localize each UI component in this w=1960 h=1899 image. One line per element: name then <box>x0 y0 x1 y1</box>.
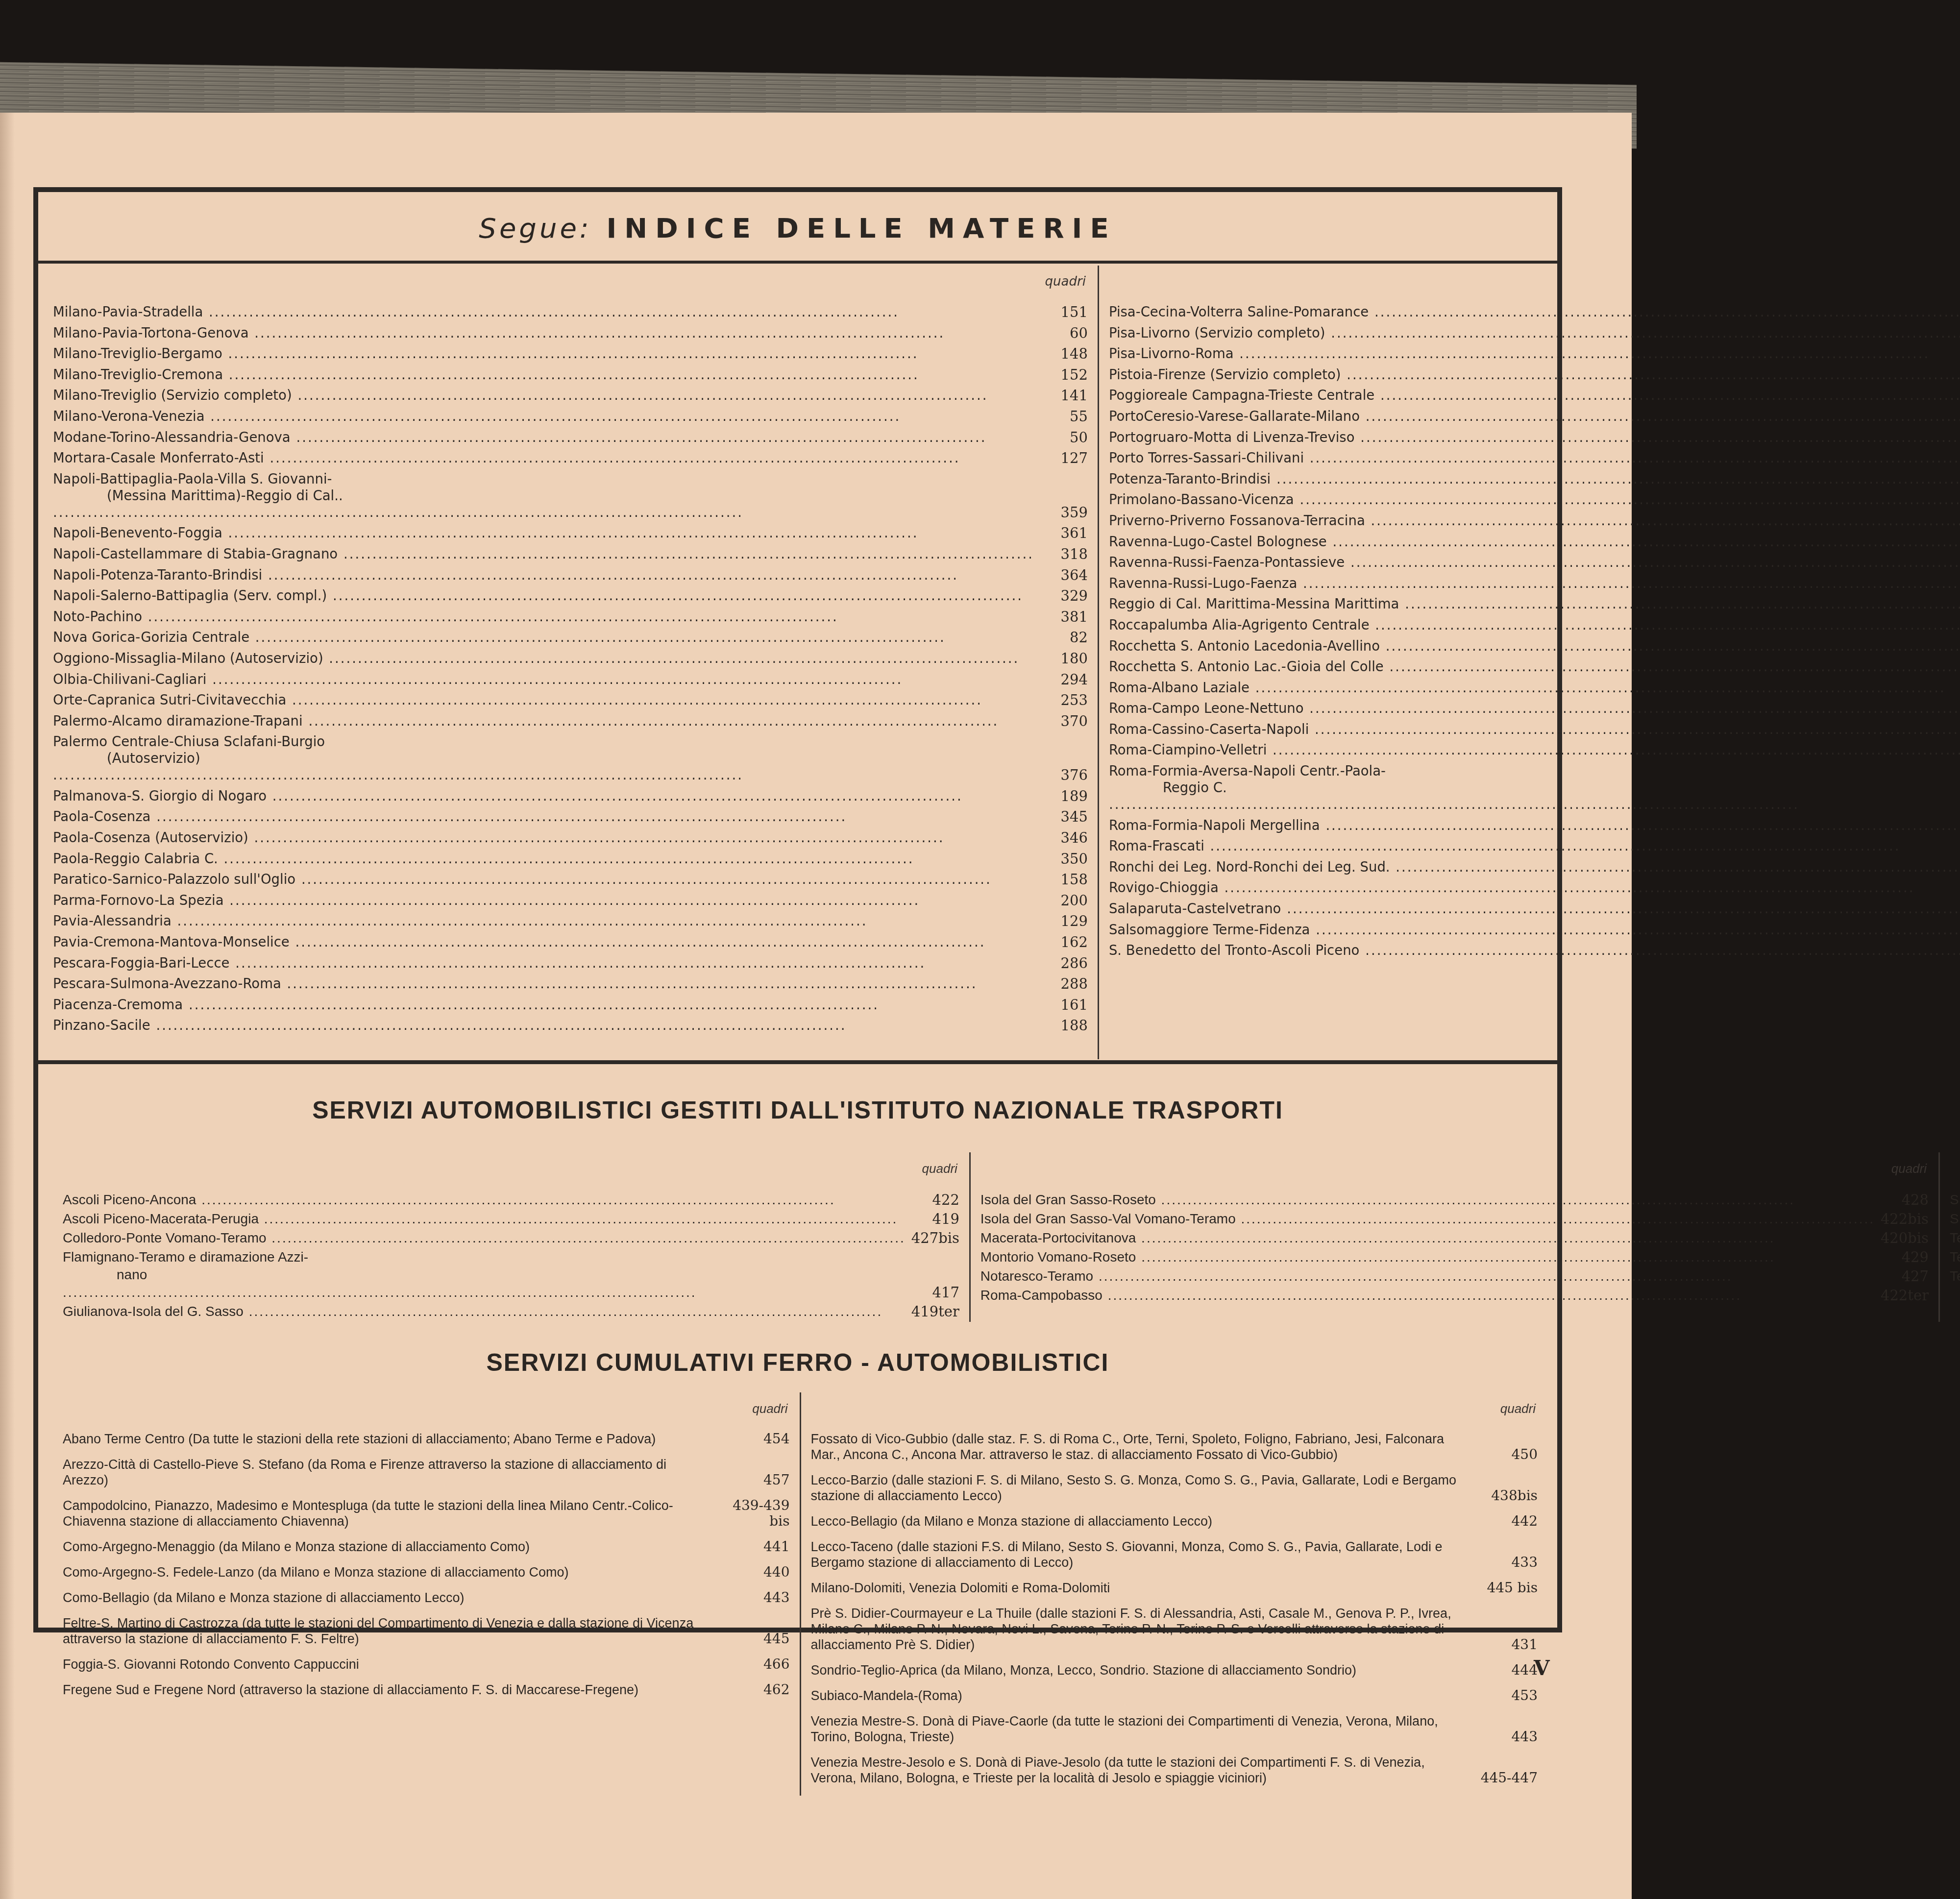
entry-route-name: Portogruaro-Motta di Livenza-Treviso <box>1109 429 1960 446</box>
entry-quadri-number: 422 <box>906 1191 959 1209</box>
entry-quadri-number: 454 <box>711 1431 790 1447</box>
entry-route-name: Isola del Gran Sasso-Roseto <box>980 1191 1875 1209</box>
index-entry: Orte-Capranica Sutri-Civitavecchia253 <box>53 692 1088 708</box>
entry-route-continuation: Reggio C. <box>1109 779 1960 796</box>
index-column: quadriAbano Terme Centro (Da tutte le st… <box>53 1392 801 1796</box>
entry-route-name: Paola-Reggio Calabria C. <box>53 851 1034 867</box>
entry-route-name: Roma-Albano Laziale <box>1109 680 1960 696</box>
index-entry: Isola del Gran Sasso-Val Vomano-Teramo42… <box>980 1210 1929 1228</box>
entry-route-text: Pescara-Foggia-Bari-Lecce <box>53 955 229 971</box>
entry-route-name: Orte-Capranica Sutri-Civitavecchia <box>53 692 1034 708</box>
entry-route-text: Milano-Dolomiti, Venezia Dolomiti e Roma… <box>811 1581 1110 1595</box>
index-entry: Campodolcino, Pianazzo, Madesimo e Monte… <box>63 1498 790 1529</box>
index-entry: Paratico-Sarnico-Palazzolo sull'Oglio158 <box>53 871 1088 888</box>
entry-route-name: Milano-Treviglio (Servizio completo) <box>53 387 1034 404</box>
entry-quadri-number: 359 <box>1034 504 1088 521</box>
entry-route-text: PortoCeresio-Varese-Gallarate-Milano <box>1109 409 1360 424</box>
entry-route-name: Potenza-Taranto-Brindisi <box>1109 471 1960 487</box>
entry-route-name: Porto Torres-Sassari-Chilivani <box>1109 450 1960 466</box>
index-entry: Salsomaggiore Terme-Fidenza156 <box>1109 922 1960 938</box>
index-entry: Roma-Formia-Napoli Mergellina359 <box>1109 817 1960 834</box>
entry-quadri-number: 445 <box>711 1631 790 1647</box>
entry-quadri-number: 162 <box>1034 934 1088 950</box>
entry-route-name: Montorio Vomano-Roseto <box>980 1248 1875 1266</box>
entry-quadri-number: 445-447 <box>1459 1770 1538 1786</box>
entry-quadri-number: 364 <box>1034 567 1088 584</box>
entry-route-name: S. Giorgio-Altavilla-Montorio-Teramo <box>1950 1210 1960 1228</box>
entry-route-name: Notaresco-Teramo <box>980 1267 1875 1285</box>
index-entry: Priverno-Priverno Fossanova-Terracina305 <box>1109 512 1960 529</box>
entry-route-text: Milano-Pavia-Tortona-Genova <box>53 325 249 341</box>
entry-route-text: Reggio di Cal. Marittima-Messina Maritti… <box>1109 596 1399 612</box>
entry-route-name: Lecco-Bellagio (da Milano e Monza stazio… <box>811 1513 1460 1529</box>
entry-route-text: Sondrio-Teglio-Aprica (da Milano, Monza,… <box>811 1663 1357 1678</box>
index-entry: PortoCeresio-Varese-Gallarate-Milano144 <box>1109 408 1960 425</box>
entry-route-text: Colledoro-Ponte Vomano-Teramo <box>63 1230 267 1245</box>
entry-quadri-number: 370 <box>1034 713 1088 730</box>
index-entry: Napoli-Castellammare di Stabia-Gragnano3… <box>53 546 1088 562</box>
index-entry: Pavia-Alessandria129 <box>53 913 1088 929</box>
entry-route-text: Salsomaggiore Terme-Fidenza <box>1109 922 1310 938</box>
entry-route-name: Venezia Mestre-S. Donà di Piave-Caorle (… <box>811 1713 1460 1745</box>
entry-quadri-number: 445 bis <box>1459 1580 1538 1596</box>
entry-quadri-number: 428 <box>1875 1191 1929 1209</box>
index-entry: Giulianova-Isola del G. Sasso419ter <box>63 1303 959 1320</box>
entry-quadri-number: 417 <box>906 1284 959 1301</box>
entry-quadri-number: 431 <box>1459 1637 1538 1653</box>
entry-route-text: S. Giorgio-Altavilla-Montorio-Teramo <box>1950 1211 1960 1226</box>
entry-route-text: Paola-Cosenza <box>53 809 150 825</box>
entry-route-text: Pisa-Livorno-Roma <box>1109 346 1234 362</box>
index-entry: Como-Argegno-Menaggio (da Milano e Monza… <box>63 1539 790 1555</box>
entry-route-text: Salaparuta-Castelvetrano <box>1109 901 1281 917</box>
index-entry: Venezia Mestre-S. Donà di Piave-Caorle (… <box>811 1713 1538 1745</box>
entry-quadri-number: 152 <box>1034 366 1088 383</box>
index-entry: Noto-Pachino381 <box>53 609 1088 625</box>
index-entry: Poggioreale Campagna-Trieste Centrale80 <box>1109 387 1960 404</box>
entry-route-text: Roma-Formia-Aversa-Napoli Centr.-Paola- <box>1109 763 1386 779</box>
page-title: Segue: INDICE DELLE MATERIE <box>38 213 1557 252</box>
entry-route-text: Montorio Vomano-Roseto <box>980 1249 1136 1265</box>
entry-route-text: Notaresco-Teramo <box>980 1268 1093 1284</box>
index-entry: Paola-Cosenza (Autoservizio)346 <box>53 829 1088 846</box>
index-entry: Piacenza-Cremoma161 <box>53 997 1088 1013</box>
entry-route-name: Giulianova-Isola del G. Sasso <box>63 1303 906 1320</box>
entry-route-text: Roma-Ciampino-Velletri <box>1109 742 1267 758</box>
entry-quadri-number: 376 <box>1034 767 1088 783</box>
entry-route-text: Ravenna-Russi-Faenza-Pontassieve <box>1109 555 1345 570</box>
index-entry: Arezzo-Città di Castello-Pieve S. Stefan… <box>63 1457 790 1488</box>
entry-quadri-number: 127 <box>1034 450 1088 466</box>
entry-route-name: Macerata-Portocivitanova <box>980 1229 1875 1247</box>
quadri-column-header: quadri <box>63 1392 790 1431</box>
entry-quadri-number: 189 <box>1034 788 1088 804</box>
index-entry: Porto Torres-Sassari-Chilivani295 <box>1109 450 1960 466</box>
index-entry: Roma-Formia-Aversa-Napoli Centr.-Paola-R… <box>1109 763 1960 813</box>
index-entry: Pisa-Cecina-Volterra Saline-Pomarance225 <box>1109 304 1960 320</box>
quadri-column-header: quadri <box>980 1152 1929 1191</box>
entry-quadri-number: 148 <box>1034 345 1088 362</box>
entry-quadri-number: 438bis <box>1459 1488 1538 1504</box>
entry-route-text: Teramo-Montorio-Castelli <box>1950 1268 1960 1284</box>
index-entry: Como-Argegno-S. Fedele-Lanzo (da Milano … <box>63 1564 790 1580</box>
index-entry: Lecco-Taceno (dalle stazioni F.S. di Mil… <box>811 1539 1538 1570</box>
index-entry: Notaresco-Teramo427 <box>980 1267 1929 1285</box>
entry-route-text: Milano-Verona-Venezia <box>53 409 205 424</box>
index-entry: Milano-Treviglio-Bergamo148 <box>53 345 1088 362</box>
index-entry: Milano-Dolomiti, Venezia Dolomiti e Roma… <box>811 1580 1538 1596</box>
entry-quadri-number: 350 <box>1034 851 1088 867</box>
entry-quadri-number: 253 <box>1034 692 1088 708</box>
entry-route-name: Roma-Campo Leone-Nettuno <box>1109 700 1960 717</box>
entry-route-text: Ravenna-Lugo-Castel Bolognese <box>1109 534 1327 550</box>
entry-route-text: Palermo-Alcamo diramazione-Trapani <box>53 713 303 729</box>
entry-quadri-number: 443 <box>711 1590 790 1606</box>
index-column: quadriIsola del Gran Sasso-Roseto428Isol… <box>971 1152 1940 1322</box>
entry-route-text: Flamignano-Teramo e diramazione Azzi- <box>63 1249 308 1265</box>
int-section-columns: quadriAscoli Piceno-Ancona422Ascoli Pice… <box>53 1152 1547 1322</box>
index-entry: Nova Gorica-Gorizia Centrale82 <box>53 629 1088 646</box>
entry-route-text: Napoli-Salerno-Battipaglia (Serv. compl.… <box>53 588 327 604</box>
entry-route-name: Palermo Centrale-Chiusa Sclafani-Burgio(… <box>53 733 1034 783</box>
entry-route-name: Nova Gorica-Gorizia Centrale <box>53 629 1034 646</box>
index-entry: Primolano-Bassano-Vicenza171 <box>1109 491 1960 508</box>
index-entry: Teramo-Ascoli Piceno e diramazioni424 <box>1950 1229 1960 1247</box>
entry-quadri-number: 345 <box>1034 808 1088 825</box>
entry-quadri-number: 129 <box>1034 913 1088 929</box>
entry-quadri-number: 442 <box>1459 1513 1538 1529</box>
entry-route-text: Teramo-Bisenti-Arsita <box>1950 1249 1960 1265</box>
index-entry: Potenza-Taranto-Brindisi364 <box>1109 471 1960 487</box>
entry-route-text: Ascoli Piceno-Ancona <box>63 1192 196 1207</box>
entry-route-text: Campodolcino, Pianazzo, Madesimo e Monte… <box>63 1498 673 1529</box>
entry-quadri-number: 294 <box>1034 671 1088 688</box>
index-entry: Olbia-Chilivani-Cagliari294 <box>53 671 1088 688</box>
index-entry: Portogruaro-Motta di Livenza-Treviso184 <box>1109 429 1960 446</box>
entry-route-text: Paratico-Sarnico-Palazzolo sull'Oglio <box>53 872 295 887</box>
entry-route-name: Ravenna-Russi-Lugo-Faenza <box>1109 575 1960 592</box>
entry-route-name: Como-Argegno-S. Fedele-Lanzo (da Milano … <box>63 1564 711 1580</box>
entry-route-name: Lecco-Taceno (dalle stazioni F.S. di Mil… <box>811 1539 1460 1570</box>
index-entry: Milano-Verona-Venezia55 <box>53 408 1088 425</box>
entry-route-text: Pisa-Cecina-Volterra Saline-Pomarance <box>1109 304 1369 320</box>
index-entry: Roma-Frascati301 <box>1109 838 1960 854</box>
index-entry: Pinzano-Sacile188 <box>53 1017 1088 1034</box>
entry-route-name: Napoli-Battipaglia-Paola-Villa S. Giovan… <box>53 471 1034 521</box>
entry-quadri-number: 440 <box>711 1564 790 1580</box>
entry-route-name: Roma-Ciampino-Velletri <box>1109 742 1960 758</box>
index-entry: Venezia Mestre-Jesolo e S. Donà di Piave… <box>811 1754 1538 1786</box>
entry-route-text: Foggia-S. Giovanni Rotondo Convento Capp… <box>63 1657 359 1672</box>
entry-route-text: Milano-Pavia-Stradella <box>53 304 203 320</box>
entry-quadri-number: 381 <box>1034 609 1088 625</box>
entry-route-text: Lecco-Barzio (dalle stazioni F. S. di Mi… <box>811 1473 1457 1503</box>
entry-route-text: Macerata-Portocivitanova <box>980 1230 1136 1245</box>
entry-route-name: S. Benedetto del Tronto-Porto Civitanova <box>1950 1191 1960 1209</box>
entry-route-name: Piacenza-Cremoma <box>53 997 1034 1013</box>
entry-route-text: Roma-Campobasso <box>980 1288 1102 1303</box>
entry-route-text: Lecco-Bellagio (da Milano e Monza stazio… <box>811 1514 1212 1529</box>
entry-route-text: Ascoli Piceno-Macerata-Perugia <box>63 1211 259 1226</box>
entry-route-name: Venezia Mestre-Jesolo e S. Donà di Piave… <box>811 1754 1460 1786</box>
entry-route-text: Fregene Sud e Fregene Nord (attraverso l… <box>63 1682 638 1697</box>
index-entry: Roma-Cassino-Caserta-Napoli360 <box>1109 721 1960 738</box>
entry-route-name: Palermo-Alcamo diramazione-Trapani <box>53 713 1034 730</box>
entry-route-name: Napoli-Potenza-Taranto-Brindisi <box>53 567 1034 584</box>
entry-route-name: Milano-Pavia-Stradella <box>53 304 1034 320</box>
entry-route-name: Arezzo-Città di Castello-Pieve S. Stefan… <box>63 1457 711 1488</box>
entry-route-text: Pisa-Livorno (Servizio completo) <box>1109 325 1325 341</box>
entry-quadri-number: 200 <box>1034 892 1088 909</box>
entry-route-text: Arezzo-Città di Castello-Pieve S. Stefan… <box>63 1457 666 1487</box>
entry-route-text: Rocchetta S. Antonio Lac.-Gioia del Coll… <box>1109 659 1384 675</box>
entry-route-name: Pisa-Livorno-Roma <box>1109 345 1960 362</box>
entry-route-name: Primolano-Bassano-Vicenza <box>1109 491 1960 508</box>
entry-route-name: Pescara-Foggia-Bari-Lecce <box>53 955 1034 972</box>
entry-route-name: Pisa-Livorno (Servizio completo) <box>1109 325 1960 341</box>
entry-quadri-number: 433 <box>1459 1555 1538 1570</box>
entry-quadri-number: 318 <box>1034 546 1088 562</box>
index-entry: Roccapalumba Alia-Agrigento Centrale375 <box>1109 617 1960 633</box>
entry-route-text: Oggiono-Missaglia-Milano (Autoservizio) <box>53 651 323 666</box>
entry-route-text: Isola del Gran Sasso-Roseto <box>980 1192 1156 1207</box>
index-column: quadriAscoli Piceno-Ancona422Ascoli Pice… <box>53 1152 971 1322</box>
index-entry: Pisa-Livorno-Roma50 <box>1109 345 1960 362</box>
int-section-title: SERVIZI AUTOMOBILISTICI GESTITI DALL'IST… <box>38 1096 1557 1124</box>
index-entry: Palermo-Alcamo diramazione-Trapani370 <box>53 713 1088 730</box>
index-entry: Paola-Cosenza345 <box>53 808 1088 825</box>
entry-route-text: Orte-Capranica Sutri-Civitavecchia <box>53 692 286 708</box>
entry-route-text: Pescara-Sulmona-Avezzano-Roma <box>53 976 281 992</box>
entry-route-name: Napoli-Castellammare di Stabia-Gragnano <box>53 546 1034 562</box>
entry-route-text: Abano Terme Centro (Da tutte le stazioni… <box>63 1432 656 1446</box>
entry-route-text: Priverno-Priverno Fossanova-Terracina <box>1109 513 1365 529</box>
index-entry: Modane-Torino-Alessandria-Genova50 <box>53 429 1088 446</box>
index-entry: Roma-Albano Laziale303 <box>1109 680 1960 696</box>
entry-route-name: Como-Argegno-Menaggio (da Milano e Monza… <box>63 1539 711 1555</box>
index-entry: S. Giorgio-Altavilla-Montorio-Teramo419b… <box>1950 1210 1960 1228</box>
index-column: quadriFossato di Vico-Gubbio (dalle staz… <box>801 1392 1548 1796</box>
entry-route-name: Milano-Dolomiti, Venezia Dolomiti e Roma… <box>811 1580 1460 1596</box>
entry-route-text: Prè S. Didier-Courmayeur e La Thuile (da… <box>811 1606 1451 1652</box>
entry-route-name: Roma-Frascati <box>1109 838 1960 854</box>
index-entry: Flamignano-Teramo e diramazione Azzi-nan… <box>63 1248 959 1301</box>
entry-route-name: Ravenna-Russi-Faenza-Pontassieve <box>1109 554 1960 571</box>
entry-route-text: Pinzano-Sacile <box>53 1018 150 1033</box>
entry-route-name: Pavia-Cremona-Mantova-Monselice <box>53 934 1034 950</box>
entry-route-name: Modane-Torino-Alessandria-Genova <box>53 429 1034 446</box>
entry-route-text: Feltre-S. Martino di Castrozza (da tutte… <box>63 1616 693 1646</box>
index-entry: Napoli-Salerno-Battipaglia (Serv. compl.… <box>53 587 1088 604</box>
entry-route-name: Roma-Formia-Aversa-Napoli Centr.-Paola-R… <box>1109 763 1960 813</box>
entry-route-name: Pinzano-Sacile <box>53 1017 1034 1034</box>
index-entry: Ravenna-Russi-Lugo-Faenza273 <box>1109 575 1960 592</box>
entry-route-name: Paola-Cosenza (Autoservizio) <box>53 829 1034 846</box>
entry-route-text: Ravenna-Russi-Lugo-Faenza <box>1109 576 1297 591</box>
index-entry: Rocchetta S. Antonio Lacedonia-Avellino3… <box>1109 638 1960 655</box>
index-entry: Mortara-Casale Monferrato-Asti127 <box>53 450 1088 466</box>
entry-quadri-number: 427 <box>1875 1267 1929 1285</box>
index-entry: Montorio Vomano-Roseto429 <box>980 1248 1929 1266</box>
entry-route-name: Rocchetta S. Antonio Lacedonia-Avellino <box>1109 638 1960 655</box>
entry-route-name: Pavia-Alessandria <box>53 913 1034 929</box>
entry-route-name: Prè S. Didier-Courmayeur e La Thuile (da… <box>811 1606 1460 1653</box>
index-entry: S. Benedetto del Tronto-Porto Civitanova… <box>1950 1191 1960 1209</box>
index-entry: Subiaco-Mandela-(Roma)453 <box>811 1688 1538 1704</box>
index-entry: Ascoli Piceno-Macerata-Perugia419 <box>63 1210 959 1228</box>
index-entry: Milano-Treviglio (Servizio completo)141 <box>53 387 1088 404</box>
index-entry: Milano-Pavia-Stradella151 <box>53 304 1088 320</box>
title-main: INDICE DELLE MATERIE <box>607 213 1117 244</box>
entry-route-text: Noto-Pachino <box>53 609 142 625</box>
entry-route-text: Roma-Albano Laziale <box>1109 680 1249 696</box>
entry-quadri-number: 439-439 bis <box>711 1498 790 1529</box>
entry-quadri-number: 466 <box>711 1656 790 1672</box>
index-entry: Pisa-Livorno (Servizio completo)231 <box>1109 325 1960 341</box>
entry-route-text: Palmanova-S. Giorgio di Nogaro <box>53 788 267 804</box>
entry-route-text: Milano-Treviglio-Cremona <box>53 367 223 383</box>
quadri-column-header: quadri <box>1109 266 1960 304</box>
entry-quadri-number: 50 <box>1034 429 1088 446</box>
entry-route-text: Napoli-Castellammare di Stabia-Gragnano <box>53 546 338 562</box>
entry-route-text: Poggioreale Campagna-Trieste Centrale <box>1109 388 1374 403</box>
index-entry: Napoli-Potenza-Taranto-Brindisi364 <box>53 567 1088 584</box>
entry-route-name: Ascoli Piceno-Macerata-Perugia <box>63 1210 906 1228</box>
entry-route-text: Olbia-Chilivani-Cagliari <box>53 672 206 687</box>
index-entry: Paola-Reggio Calabria C.350 <box>53 851 1088 867</box>
entry-route-name: Teramo-Montorio-Castelli <box>1950 1267 1960 1285</box>
index-columns: quadriMilano-Pavia-Stradella151Milano-Pa… <box>43 266 1552 1059</box>
entry-quadri-number: 55 <box>1034 408 1088 425</box>
index-entry: Milano-Treviglio-Cremona152 <box>53 366 1088 383</box>
index-entry: Milano-Pavia-Tortona-Genova60 <box>53 325 1088 341</box>
index-entry: Colledoro-Ponte Vomano-Teramo427bis <box>63 1229 959 1247</box>
index-entry: Oggiono-Missaglia-Milano (Autoservizio)1… <box>53 650 1088 667</box>
entry-quadri-number: 288 <box>1034 975 1088 992</box>
entry-quadri-number: 286 <box>1034 955 1088 972</box>
entry-route-name: Foggia-S. Giovanni Rotondo Convento Capp… <box>63 1656 711 1672</box>
entry-route-name: Olbia-Chilivani-Cagliari <box>53 671 1034 688</box>
entry-route-text: Parma-Fornovo-La Spezia <box>53 893 224 908</box>
index-entry: Rocchetta S. Antonio Lac.-Gioia del Coll… <box>1109 658 1960 675</box>
entry-quadri-number: 457 <box>711 1472 790 1488</box>
index-entry: S. Benedetto del Tronto-Ascoli Piceno256 <box>1109 942 1960 959</box>
entry-route-text: Potenza-Taranto-Brindisi <box>1109 471 1271 487</box>
entry-quadri-number: 180 <box>1034 650 1088 667</box>
cum-section-title: SERVIZI CUMULATIVI FERRO - AUTOMOBILISTI… <box>38 1348 1557 1377</box>
entry-quadri-number: 188 <box>1034 1017 1088 1034</box>
page-number: V <box>1534 1656 1550 1680</box>
entry-route-name: Reggio di Cal. Marittima-Messina Maritti… <box>1109 596 1960 612</box>
entry-route-text: Napoli-Battipaglia-Paola-Villa S. Giovan… <box>53 471 332 487</box>
index-entry: Rovigo-Chioggia167 <box>1109 879 1960 896</box>
index-entry: Prè S. Didier-Courmayeur e La Thuile (da… <box>811 1606 1538 1653</box>
entry-quadri-number: 453 <box>1459 1688 1538 1704</box>
entry-route-name: Roma-Formia-Napoli Mergellina <box>1109 817 1960 834</box>
index-entry: Sondrio-Teglio-Aprica (da Milano, Monza,… <box>811 1662 1538 1678</box>
entry-route-name: Lecco-Barzio (dalle stazioni F. S. di Mi… <box>811 1472 1460 1504</box>
entry-quadri-number: 462 <box>711 1682 790 1698</box>
entry-route-name: Mortara-Casale Monferrato-Asti <box>53 450 1034 466</box>
index-column: quadriMilano-Pavia-Stradella151Milano-Pa… <box>43 266 1099 1059</box>
index-entry: Roma-Campobasso422ter <box>980 1287 1929 1304</box>
entry-quadri-number: 427bis <box>906 1229 959 1247</box>
entry-route-name: Poggioreale Campagna-Trieste Centrale <box>1109 387 1960 404</box>
entry-quadri-number: 158 <box>1034 871 1088 888</box>
entry-route-name: Salsomaggiore Terme-Fidenza <box>1109 922 1960 938</box>
entry-route-name: Noto-Pachino <box>53 609 1034 625</box>
entry-route-text: Milano-Treviglio (Servizio completo) <box>53 388 292 403</box>
entry-route-name: Fregene Sud e Fregene Nord (attraverso l… <box>63 1682 711 1698</box>
entry-quadri-number: 141 <box>1034 387 1088 404</box>
entry-quadri-number: 443 <box>1459 1729 1538 1745</box>
entry-route-name: Rovigo-Chioggia <box>1109 879 1960 896</box>
entry-quadri-number: 450 <box>1459 1447 1538 1462</box>
entry-route-name: Priverno-Priverno Fossanova-Terracina <box>1109 512 1960 529</box>
entry-route-name: Ronchi dei Leg. Nord-Ronchi dei Leg. Sud… <box>1109 859 1960 876</box>
entry-route-text: Roccapalumba Alia-Agrigento Centrale <box>1109 617 1370 633</box>
entry-route-name: Milano-Pavia-Tortona-Genova <box>53 325 1034 341</box>
index-entry: Salaparuta-Castelvetrano383 <box>1109 901 1960 917</box>
entry-route-text: Nova Gorica-Gorizia Centrale <box>53 630 249 645</box>
entry-route-text: Roma-Campo Leone-Nettuno <box>1109 701 1304 716</box>
index-entry: Napoli-Battipaglia-Paola-Villa S. Giovan… <box>53 471 1088 521</box>
entry-route-name: Pisa-Cecina-Volterra Saline-Pomarance <box>1109 304 1960 320</box>
entry-route-text: Modane-Torino-Alessandria-Genova <box>53 430 291 445</box>
index-entry: Fregene Sud e Fregene Nord (attraverso l… <box>63 1682 790 1698</box>
index-entry: Pavia-Cremona-Mantova-Monselice162 <box>53 934 1088 950</box>
entry-route-name: Roccapalumba Alia-Agrigento Centrale <box>1109 617 1960 633</box>
entry-route-text: Venezia Mestre-Jesolo e S. Donà di Piave… <box>811 1755 1425 1785</box>
index-entry: Pescara-Foggia-Bari-Lecce286 <box>53 955 1088 972</box>
entry-route-name: PortoCeresio-Varese-Gallarate-Milano <box>1109 408 1960 425</box>
index-entry: Como-Bellagio (da Milano e Monza stazion… <box>63 1590 790 1606</box>
entry-route-name: Roma-Campobasso <box>980 1287 1875 1304</box>
index-entry: Roma-Campo Leone-Nettuno300 <box>1109 700 1960 717</box>
entry-route-text: Lecco-Taceno (dalle stazioni F.S. di Mil… <box>811 1539 1443 1570</box>
index-entry: Lecco-Bellagio (da Milano e Monza stazio… <box>811 1513 1538 1529</box>
index-entry: Pistoia-Firenze (Servizio completo)215 <box>1109 366 1960 383</box>
entry-quadri-number: 419 <box>906 1210 959 1228</box>
index-entry: Parma-Fornovo-La Spezia200 <box>53 892 1088 909</box>
entry-route-name: Pistoia-Firenze (Servizio completo) <box>1109 366 1960 383</box>
quadri-column-header: quadri <box>63 1152 959 1191</box>
entry-route-name: Subiaco-Mandela-(Roma) <box>811 1688 1460 1704</box>
index-column: quadriPisa-Cecina-Volterra Saline-Pomara… <box>1099 266 1960 1059</box>
entry-quadri-number: 329 <box>1034 587 1088 604</box>
entry-route-text: Piacenza-Cremoma <box>53 997 183 1013</box>
entry-route-name: Flamignano-Teramo e diramazione Azzi-nan… <box>63 1248 906 1301</box>
entry-quadri-number: 161 <box>1034 997 1088 1013</box>
entry-route-name: Teramo-Ascoli Piceno e diramazioni <box>1950 1229 1960 1247</box>
title-divider <box>38 261 1557 264</box>
entry-route-text: Paola-Reggio Calabria C. <box>53 851 218 867</box>
entry-route-text: Rovigo-Chioggia <box>1109 880 1219 896</box>
index-entry: Feltre-S. Martino di Castrozza (da tutte… <box>63 1615 790 1647</box>
entry-route-text: Napoli-Potenza-Taranto-Brindisi <box>53 567 262 583</box>
index-frame: Segue: INDICE DELLE MATERIE quadriMilano… <box>33 187 1562 1632</box>
entry-route-name: Campodolcino, Pianazzo, Madesimo e Monte… <box>63 1498 711 1529</box>
entry-route-name: S. Benedetto del Tronto-Ascoli Piceno <box>1109 942 1960 959</box>
entry-route-name: Oggiono-Missaglia-Milano (Autoservizio) <box>53 650 1034 667</box>
cum-section-columns: quadriAbano Terme Centro (Da tutte le st… <box>53 1392 1547 1796</box>
entry-route-name: Napoli-Benevento-Foggia <box>53 525 1034 541</box>
entry-route-name: Milano-Treviglio-Cremona <box>53 366 1034 383</box>
index-entry: Pescara-Sulmona-Avezzano-Roma288 <box>53 975 1088 992</box>
index-entry: Teramo-Montorio-Castelli420 <box>1950 1267 1960 1285</box>
entry-route-text: Roma-Frascati <box>1109 838 1204 854</box>
index-entry: Palmanova-S. Giorgio di Nogaro189 <box>53 788 1088 804</box>
